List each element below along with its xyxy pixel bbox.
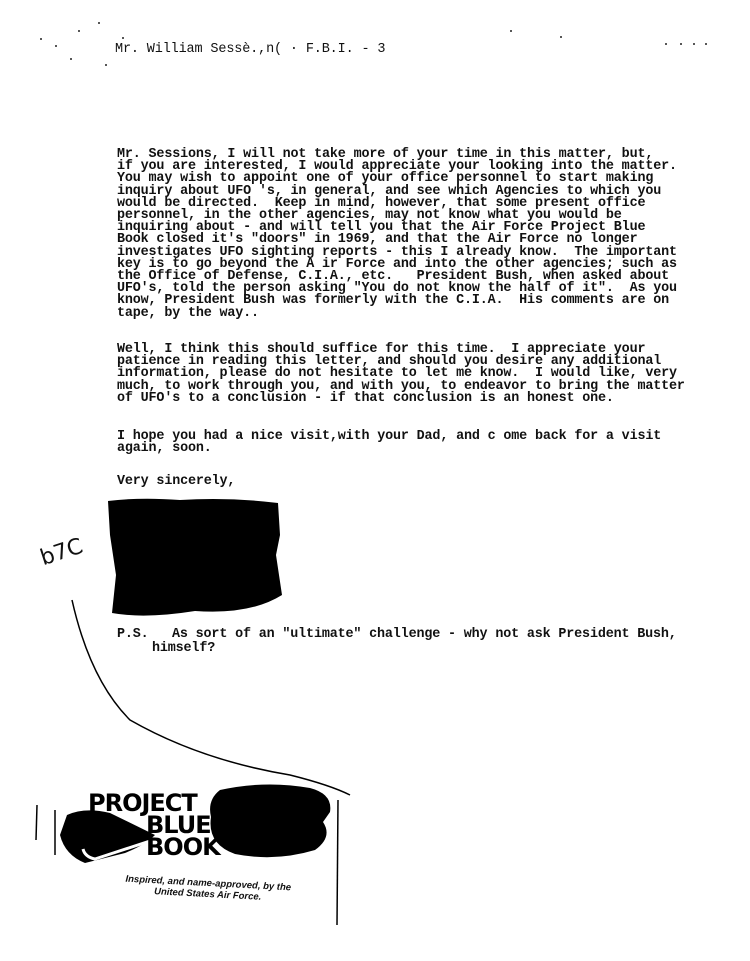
- logo-redaction: [205, 782, 335, 862]
- ps-line-1: As sort of an "ultimate" challenge - why…: [172, 628, 677, 642]
- ps-label: P.S.: [117, 628, 149, 642]
- ps-line-2: himself?: [152, 642, 215, 656]
